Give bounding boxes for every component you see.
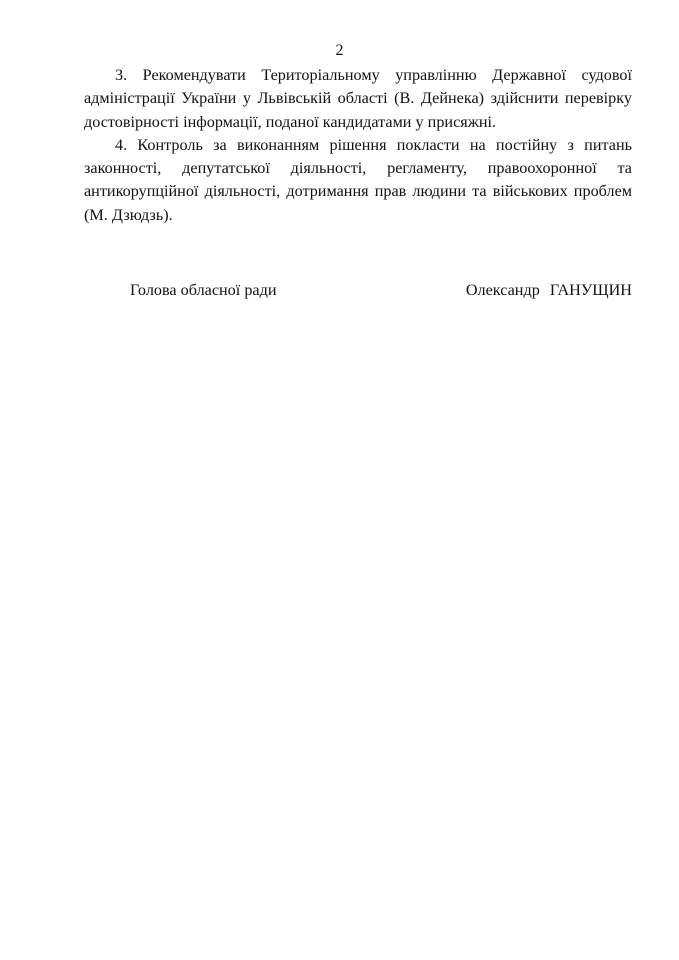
- signature-block: Голова обласної ради Олександр ГАНУЩИН: [130, 280, 632, 304]
- document-body: 3. Рекомендувати Територіальному управлі…: [84, 64, 632, 227]
- signatory-name: Олександр ГАНУЩИН: [466, 280, 632, 300]
- signatory-title: Голова обласної ради: [130, 280, 277, 300]
- paragraph-4: 4. Контроль за виконанням рішення поклас…: [84, 134, 632, 227]
- paragraph-3: 3. Рекомендувати Територіальному управлі…: [84, 64, 632, 134]
- page-number: 2: [0, 41, 679, 61]
